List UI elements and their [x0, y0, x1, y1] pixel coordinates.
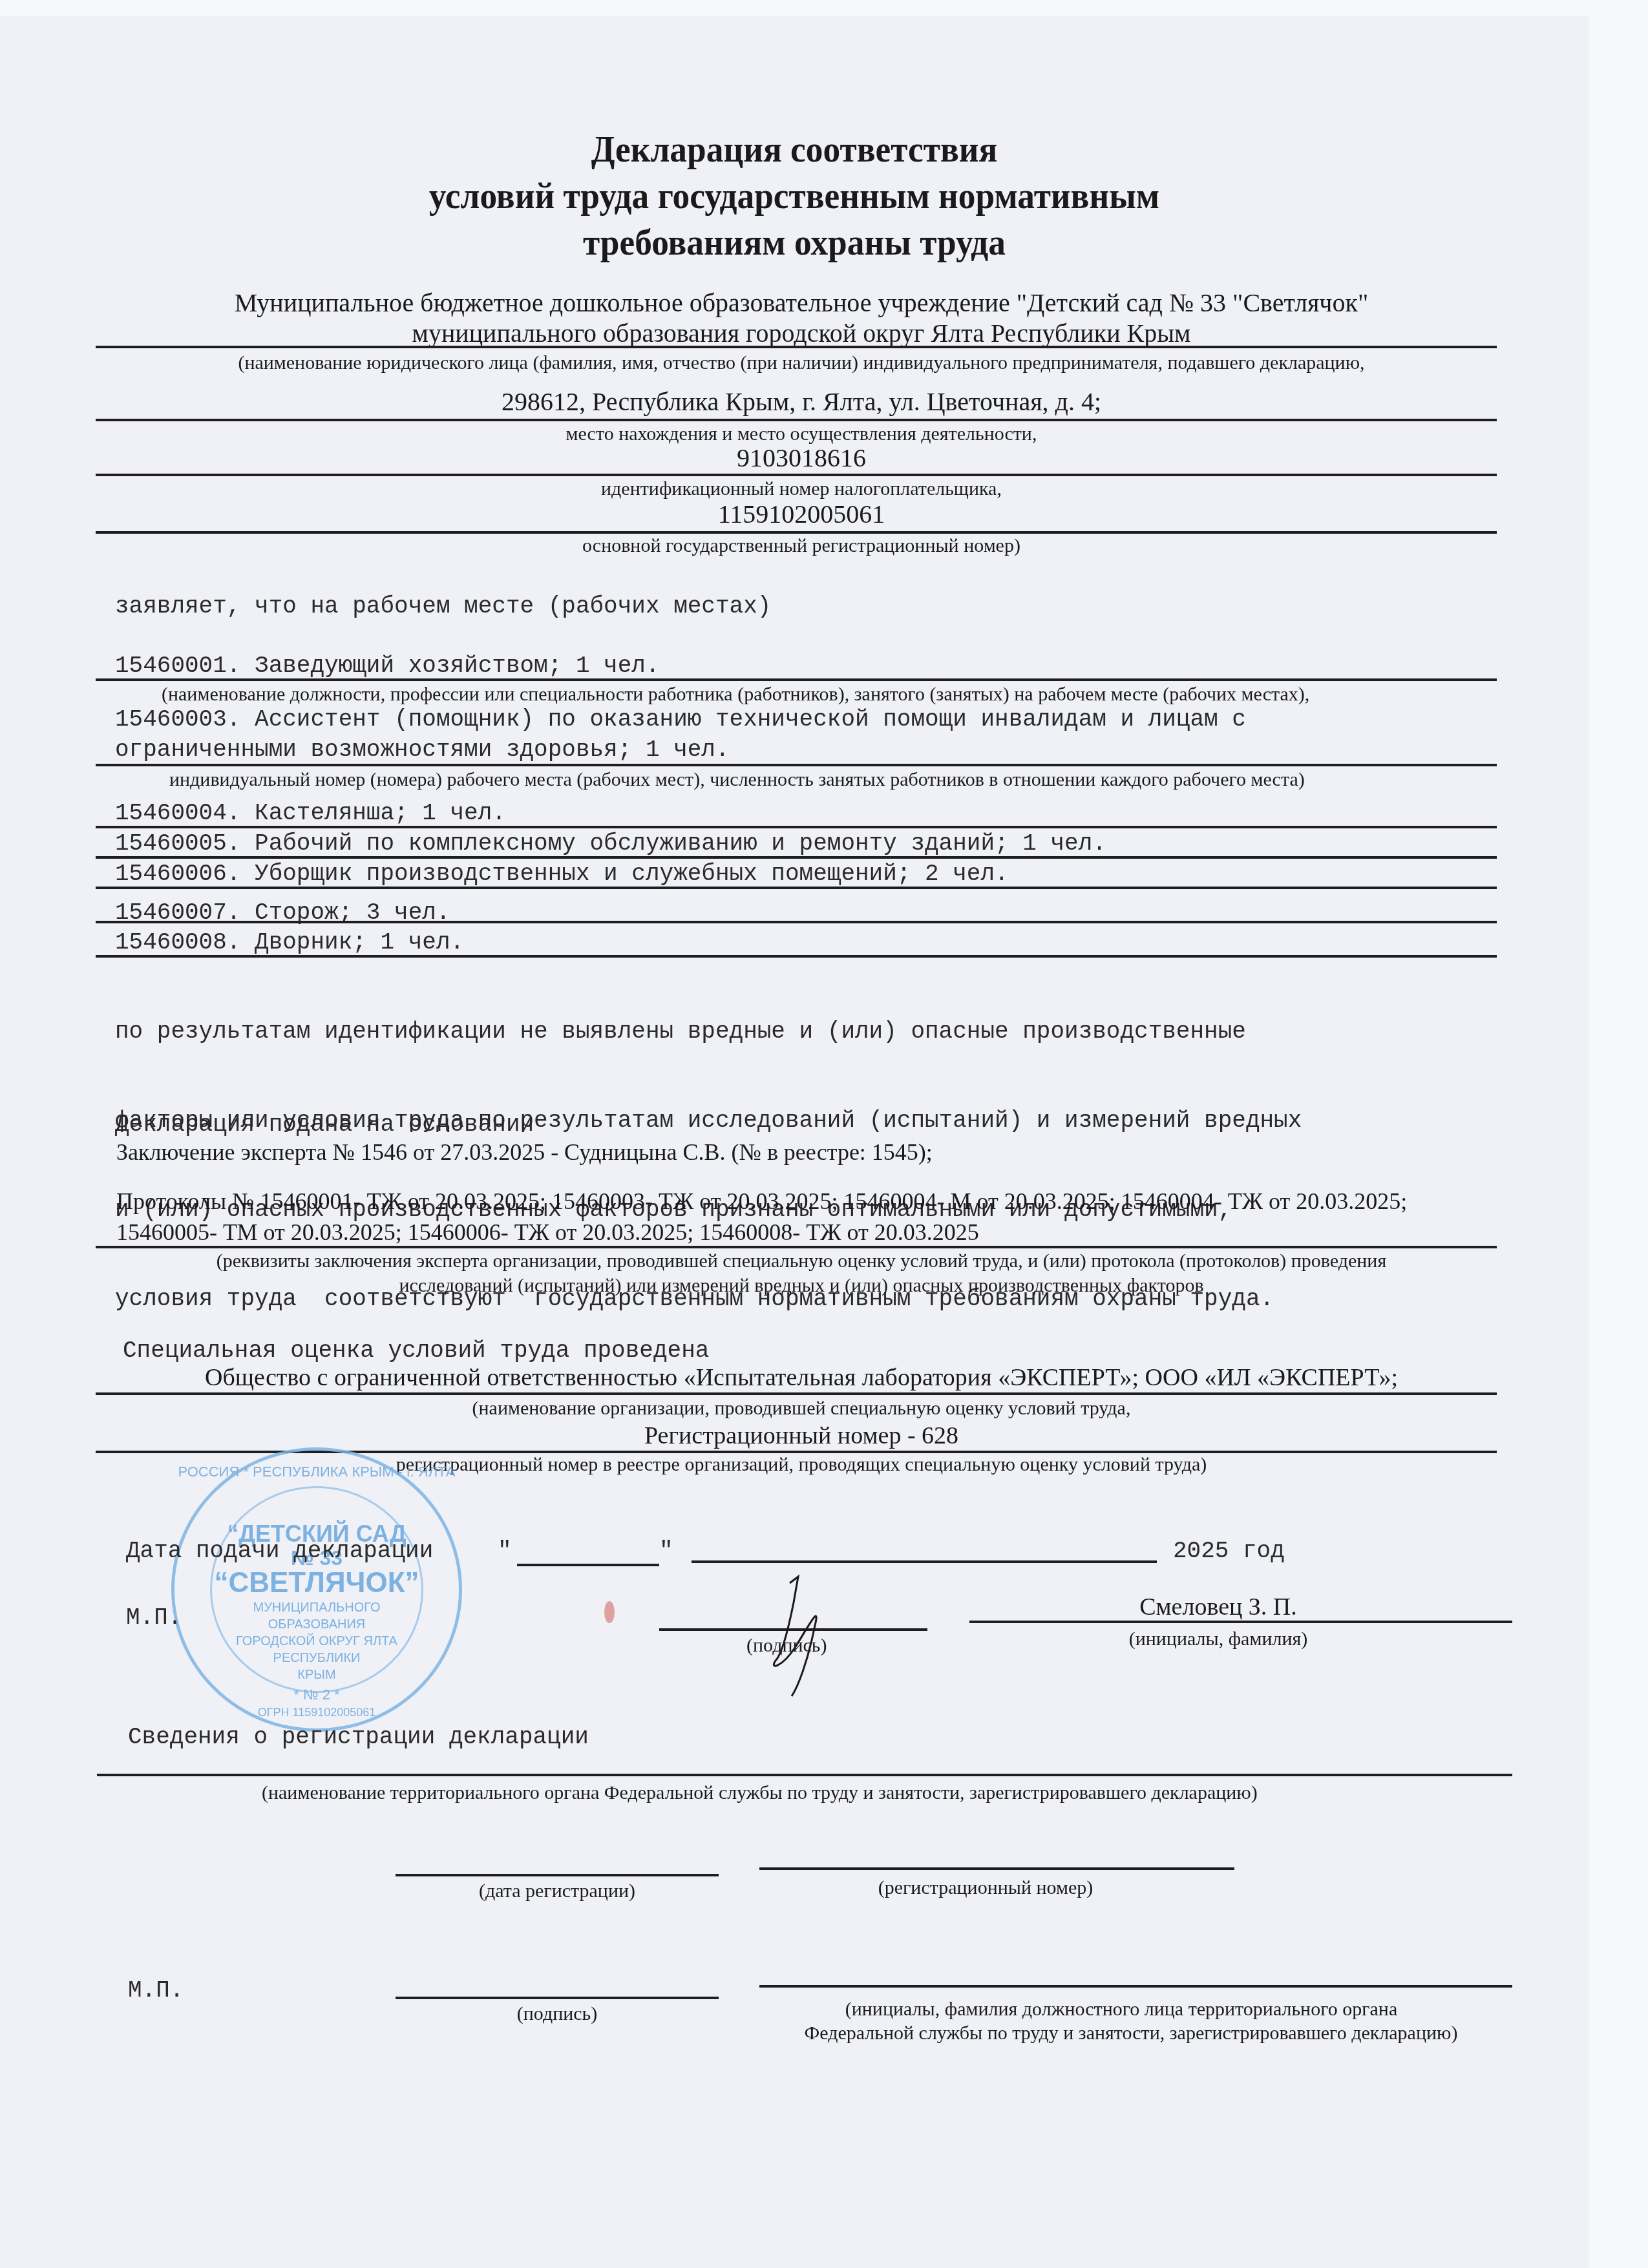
registration-number-field[interactable]: [759, 1867, 1234, 1870]
quote-close: ": [659, 1538, 673, 1564]
org-ogrn: 1159102005061: [97, 499, 1506, 529]
stamp-text: ГОРОДСКОЙ ОКРУГ ЯЛТА: [174, 1634, 459, 1649]
workplace-item: 15460005. Рабочий по комплексному обслуж…: [115, 830, 1106, 857]
title-line-3: требованиям охраны труда: [63, 219, 1525, 266]
quote-open: ": [498, 1538, 512, 1564]
registration-number-caption: (регистрационный номер): [759, 1877, 1212, 1899]
signature-icon: [763, 1564, 866, 1706]
stamp-text: * № 2 *: [174, 1686, 459, 1703]
registration-official-caption-1: (инициалы, фамилия должностного лица тер…: [759, 1999, 1483, 2021]
date-month-field[interactable]: [692, 1560, 1157, 1563]
sout-heading: Специальная оценка условий труда проведе…: [123, 1338, 709, 1364]
registration-heading: Сведения о регистрации декларации: [128, 1724, 589, 1750]
date-day-field[interactable]: [517, 1564, 659, 1566]
workplace-item: 15460001. Заведующий хозяйством; 1 чел.: [115, 653, 660, 679]
divider: [96, 887, 1497, 889]
org-name-caption: (наименование юридического лица (фамилия…: [97, 352, 1506, 374]
declares-text: заявляет, что на рабочем месте (рабочих …: [115, 593, 771, 620]
registration-official-caption-2: Федеральной службы по труду и занятости,…: [759, 2022, 1503, 2044]
registration-date-caption: (дата регистрации): [396, 1880, 719, 1902]
org-name-line2: муниципального образования городской окр…: [97, 318, 1506, 348]
address-caption: место нахождения и место осуществления д…: [97, 423, 1506, 445]
title-line-1: Декларация соответствия: [63, 126, 1525, 173]
divider: [96, 419, 1497, 421]
workplace-caption-2: индивидуальный номер (номера) рабочего м…: [169, 769, 1305, 791]
signer-name: Смеловец З. П.: [969, 1593, 1467, 1621]
stamp-place-label: М.П.: [126, 1604, 182, 1631]
registration-org-caption: (наименование территориального органа Фе…: [262, 1782, 1258, 1804]
submission-year: 2025 год: [1173, 1538, 1285, 1564]
divider: [96, 474, 1497, 476]
page-title: Декларация соответствия условий труда го…: [63, 126, 1525, 266]
registration-stamp-place: М.П.: [128, 1977, 184, 2004]
divider: [96, 346, 1497, 348]
protocols-line1: Протоколы № 15460001- ТЖ от 20.03.2025; …: [116, 1188, 1407, 1215]
organization-stamp: РОССИЯ * РЕСПУБЛИКА КРЫМ - г. ЯЛТА “ДЕТС…: [171, 1447, 462, 1732]
stamp-ogrn: ОГРН 1159102005061: [174, 1706, 459, 1719]
org-name-line1: Муниципальное бюджетное дошкольное образ…: [97, 288, 1506, 318]
registration-org-field[interactable]: [97, 1774, 1512, 1776]
signer-caption: (инициалы, фамилия): [969, 1628, 1467, 1650]
inn-caption: идентификационный номер налогоплательщик…: [97, 478, 1506, 500]
basis-caption-2: исследований (испытаний) или измерений в…: [97, 1275, 1506, 1297]
divider: [96, 678, 1497, 681]
stamp-outer-text: РОССИЯ * РЕСПУБЛИКА КРЫМ - г. ЯЛТА: [174, 1464, 459, 1480]
workplace-item: 15460003. Ассистент (помощник) по оказан…: [115, 706, 1246, 733]
workplace-caption-1: (наименование должности, профессии или с…: [162, 684, 1309, 706]
sout-organization: Общество с ограниченной ответственностью…: [97, 1363, 1506, 1392]
submission-date-label: Дата подачи декларации: [126, 1538, 433, 1564]
divider: [96, 1246, 1497, 1248]
org-address: 298612, Республика Крым, г. Ялта, ул. Цв…: [97, 386, 1506, 417]
protocols-line2: 15460005- ТМ от 20.03.2025; 15460006- ТЖ…: [116, 1219, 979, 1246]
divider: [96, 764, 1497, 766]
workplace-item: 15460004. Кастелянша; 1 чел.: [115, 800, 506, 826]
registration-date-field[interactable]: [396, 1874, 719, 1876]
result-line: по результатам идентификации не выявлены…: [115, 1017, 1302, 1047]
divider: [96, 856, 1497, 859]
divider: [96, 921, 1497, 923]
ogrn-caption: основной государственный регистрационный…: [97, 535, 1506, 557]
expert-conclusion: Заключение эксперта № 1546 от 27.03.2025…: [116, 1139, 933, 1166]
red-mark: [604, 1601, 615, 1623]
sout-org-caption: (наименование организации, проводившей с…: [97, 1398, 1506, 1420]
stamp-text: КРЫМ: [174, 1668, 459, 1683]
signer-field[interactable]: [969, 1621, 1512, 1623]
workplace-item: 15460008. Дворник; 1 чел.: [115, 929, 464, 956]
stamp-text: ОБРАЗОВАНИЯ: [174, 1617, 459, 1632]
divider: [96, 531, 1497, 534]
workplace-item-cont: ограниченными возможностями здоровья; 1 …: [115, 737, 730, 763]
workplace-item: 15460006. Уборщик производственных и слу…: [115, 861, 1009, 887]
registration-signature-field[interactable]: [396, 1997, 719, 1999]
basis-caption-1: (реквизиты заключения эксперта организац…: [97, 1250, 1506, 1272]
org-inn: 9103018616: [97, 443, 1506, 473]
stamp-text: “СВЕТЛЯЧОК”: [174, 1567, 459, 1599]
stamp-text: МУНИЦИПАЛЬНОГО: [174, 1601, 459, 1615]
registration-official-field[interactable]: [759, 1985, 1512, 1988]
stamp-text: РЕСПУБЛИКИ: [174, 1651, 459, 1666]
title-line-2: условий труда государственным нормативны…: [63, 173, 1525, 219]
registration-signature-caption: (подпись): [396, 2003, 719, 2025]
basis-heading: Декларация подана на основании: [115, 1111, 534, 1138]
sout-reg-number: Регистрационный номер - 628: [97, 1422, 1506, 1450]
divider: [96, 1392, 1497, 1395]
divider: [96, 826, 1497, 828]
